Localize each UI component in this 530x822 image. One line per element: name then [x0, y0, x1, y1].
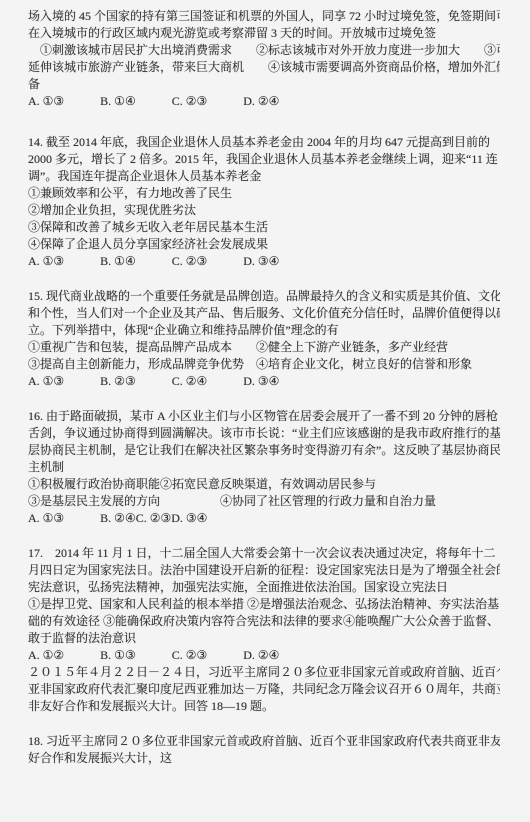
text-line: 舌剑，争议通过协商得到圆满解决。该市市长说：“业主们应该感谢的是我市政府推行的基: [28, 425, 500, 442]
question-block-17: 17. 2014 年 11 月 1 日，十二届全国人大常委会第十一次会议表决通过…: [28, 545, 500, 715]
text-line: 亚非国家政府代表汇聚印度尼西亚雅加达－万隆，共同纪念万隆会议召开６０周年，共商亚: [28, 681, 500, 698]
text-line: A. ①② B. ①③ C. ②③ D. ②④: [28, 647, 500, 664]
text-line: ②增加企业负担，实现优胜劣汰: [28, 202, 500, 219]
text-line: ③是基层民主发展的方向 ④协同了社区管理的行政力量和自治力量: [28, 493, 500, 510]
text-line: ①兼顾效率和公平，有力地改善了民生: [28, 185, 500, 202]
text-line: A. ①③ B. ①④ C. ②③ D. ③④: [28, 253, 500, 270]
text-line: 立。下列举措中，体现“企业确立和维持品牌价值”理念的有: [28, 322, 500, 339]
text-line: 延伸该城市旅游产业链条，带来巨大商机 ④该城市需要调高外资商品价格，增加外汇储: [28, 59, 500, 76]
text-line: 调”。我国连年提高企业退休人员基本养老金: [28, 168, 500, 185]
text-line: 和个性，当人们对一个企业及其产品、售后服务、文化价值充分信任时，品牌价值便得以确: [28, 305, 500, 322]
text-line: A. ①③ B. ①④ C. ②③ D. ②④: [28, 93, 500, 110]
text-line: ①是捍卫党、国家和人民利益的根本举措 ②是增强法治观念、弘扬法治精神、夯实法治基: [28, 596, 500, 613]
text-line: 在入境城市的行政区域内观光游览或考察滞留 3 天的时间。开放城市过境免签: [28, 25, 500, 42]
text-line: ２０１５年４月２２日－２４日，习近平主席同２０多位亚非国家元首或政府首脑、近百个: [28, 664, 500, 681]
question-block-15: 15. 现代商业战略的一个重要任务就是品牌创造。品牌最持久的含义和实质是其价值、…: [28, 288, 500, 390]
text-line: 月四日定为国家宪法日。法治中国建设开启新的征程：设定国家宪法日是为了增强全社会的: [28, 562, 500, 579]
text-line: 敢于监督的法治意识: [28, 630, 500, 647]
text-line: 16. 由于路面破损，某市 A 小区业主们与小区物管在居委会展开了一番不到 20…: [28, 408, 500, 425]
question-block-18: 18. 习近平主席同２０多位亚非国家元首或政府首脑、近百个亚非国家政府代表共商亚…: [28, 733, 500, 767]
text-line: 备: [28, 76, 500, 93]
text-line: A. ①③ B. ②④C. ②③D. ③④: [28, 510, 500, 527]
text-line: 非友好合作和发展振兴大计。回答 18—19 题。: [28, 698, 500, 715]
text-line: 14. 截至 2014 年底，我国企业退休人员基本养老金由 2004 年的月均 …: [28, 134, 500, 151]
text-line: 层协商民主机制，是它让我们在解决社区繁杂事务时变得游刃有余”。这反映了基层协商民: [28, 442, 500, 459]
text-line: 础的有效途径 ③能确保政府决策内容符合宪法和法律的要求④能唤醒广大公众善于监督、: [28, 613, 500, 630]
exam-paper-page: 场入境的 45 个国家的持有第三国签证和机票的外国人，同享 72 小时过境免签，…: [0, 0, 530, 822]
text-line: ①积极履行政治协商职能②拓宽民意反映渠道，有效调动居民参与: [28, 476, 500, 493]
text-line: ④保障了企退人员分享国家经济社会发展成果: [28, 236, 500, 253]
text-line: 18. 习近平主席同２０多位亚非国家元首或政府首脑、近百个亚非国家政府代表共商亚…: [28, 733, 500, 750]
text-line: 2000 多元，增长了 2 倍多。2015 年，我国企业退休人员基本养老金继续上…: [28, 151, 500, 168]
text-line: ③保障和改善了城乡无收入老年居民基本生活: [28, 219, 500, 236]
text-line: 宪法意识，弘扬宪法精神，加强宪法实施，全面推进依法治国。国家设立宪法日: [28, 579, 500, 596]
text-line: ①刺激该城市居民扩大出境消费需求 ②标志该城市对外开放力度进一步加大 ③可: [28, 42, 500, 59]
question-block-16: 16. 由于路面破损，某市 A 小区业主们与小区物管在居委会展开了一番不到 20…: [28, 408, 500, 527]
text-line: 主机制: [28, 459, 500, 476]
text-line: ①重视广告和包装，提高品牌产品成本 ②健全上下游产业链条，多产业经营: [28, 339, 500, 356]
text-line: A. ①③ B. ②③ C. ②④ D. ③④: [28, 373, 500, 390]
text-line: 15. 现代商业战略的一个重要任务就是品牌创造。品牌最持久的含义和实质是其价值、…: [28, 288, 500, 305]
text-line: 好合作和发展振兴大计，这: [28, 750, 500, 767]
text-line: ③提高自主创新能力，形成品牌竞争优势 ④培育企业文化，树立良好的信誉和形象: [28, 356, 500, 373]
question-block-13-continuation: 场入境的 45 个国家的持有第三国签证和机票的外国人，同享 72 小时过境免签，…: [28, 8, 500, 110]
text-line: 17. 2014 年 11 月 1 日，十二届全国人大常委会第十一次会议表决通过…: [28, 545, 500, 562]
text-line: 场入境的 45 个国家的持有第三国签证和机票的外国人，同享 72 小时过境免签，…: [28, 8, 500, 25]
question-block-14: 14. 截至 2014 年底，我国企业退休人员基本养老金由 2004 年的月均 …: [28, 134, 500, 270]
